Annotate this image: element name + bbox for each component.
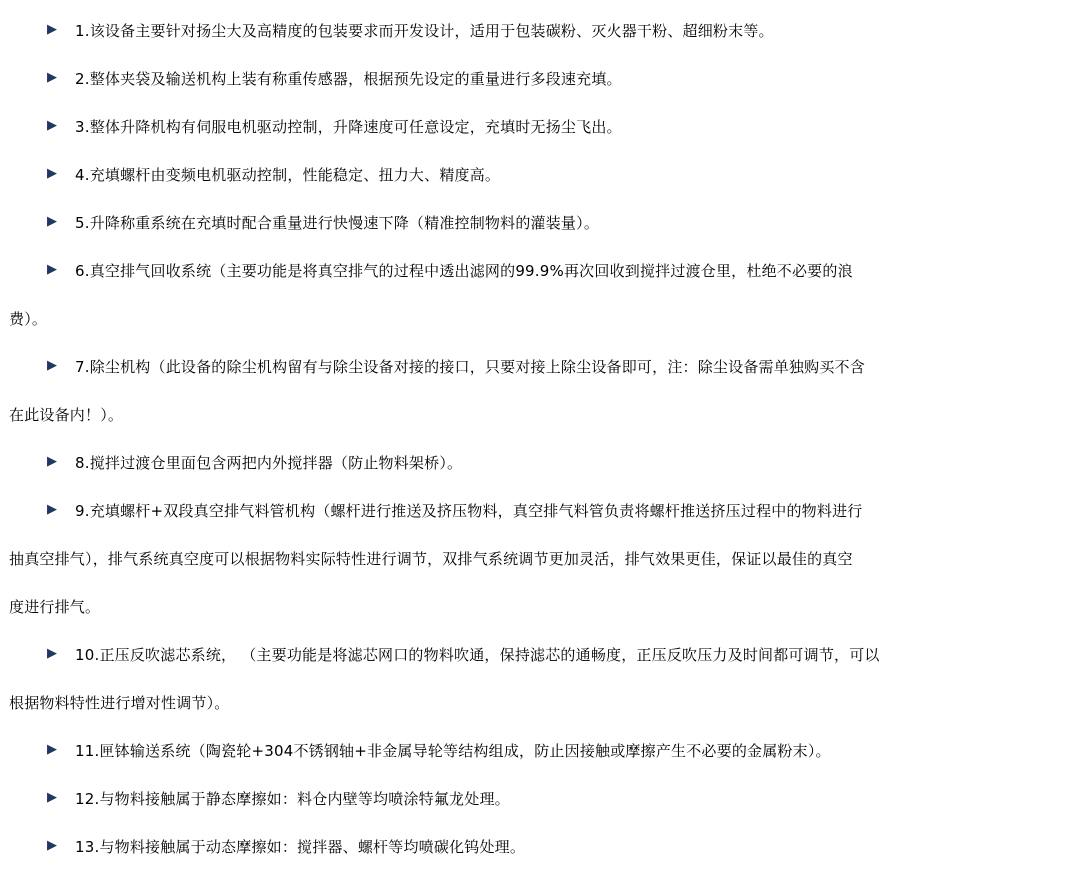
- bullet-triangle-icon: ▶: [47, 743, 75, 756]
- feature-list-document: ▶ 1.该设备主要针对扬尘大及高精度的包装要求而开发设计，适用于包装碳粉、灭火器…: [0, 0, 1079, 870]
- bullet-triangle-icon: ▶: [47, 23, 75, 36]
- list-item: ▶ 1.该设备主要针对扬尘大及高精度的包装要求而开发设计，适用于包装碳粉、灭火器…: [0, 6, 1079, 54]
- list-item-text: 3.整体升降机构有伺服电机驱动控制，升降速度可任意设定，充填时无扬尘飞出。: [75, 116, 622, 137]
- list-item: ▶ 12.与物料接触属于静态摩擦如：料仓内壁等均喷涂特氟龙处理。: [0, 774, 1079, 822]
- list-item-text: 13.与物料接触属于动态摩擦如：搅拌器、螺杆等均喷碳化钨处理。: [75, 836, 525, 857]
- list-item-line: ▶ 7.除尘机构（此设备的除尘机构留有与除尘设备对接的接口，只要对接上除尘设备即…: [0, 342, 1079, 390]
- list-item: ▶ 5.升降称重系统在充填时配合重量进行快慢速下降（精准控制物料的灌装量）。: [0, 198, 1079, 246]
- bullet-triangle-icon: ▶: [47, 119, 75, 132]
- list-item: ▶ 6.真空排气回收系统（主要功能是将真空排气的过程中透出滤网的99.9%再次回…: [0, 246, 1079, 342]
- list-item-line: ▶ 10.正压反吹滤芯系统， （主要功能是将滤芯网口的物料吹通，保持滤芯的通畅度…: [0, 630, 1079, 678]
- list-item-text: 根据物料特性进行增对性调节）。: [9, 692, 230, 713]
- list-item-line: ▶ 2.整体夹袋及输送机构上装有称重传感器，根据预先设定的重量进行多段速充填。: [0, 54, 1079, 102]
- bullet-triangle-icon: ▶: [47, 167, 75, 180]
- list-item-line: ▶ 4.充填螺杆由变频电机驱动控制，性能稳定、扭力大、精度高。: [0, 150, 1079, 198]
- list-item-line: ▶ 6.真空排气回收系统（主要功能是将真空排气的过程中透出滤网的99.9%再次回…: [0, 246, 1079, 294]
- bullet-triangle-icon: ▶: [47, 647, 75, 660]
- bullet-triangle-icon: ▶: [47, 839, 75, 852]
- list-item-line: ▶ 9.充填螺杆+双段真空排气料管机构（螺杆进行推送及挤压物料，真空排气料管负责…: [0, 486, 1079, 534]
- list-item: ▶ 2.整体夹袋及输送机构上装有称重传感器，根据预先设定的重量进行多段速充填。: [0, 54, 1079, 102]
- list-item-line: ▶ 3.整体升降机构有伺服电机驱动控制，升降速度可任意设定，充填时无扬尘飞出。: [0, 102, 1079, 150]
- bullet-triangle-icon: ▶: [47, 455, 75, 468]
- list-item-text: 度进行排气。: [9, 596, 100, 617]
- bullet-triangle-icon: ▶: [47, 359, 75, 372]
- list-item-line: ▶ 1.该设备主要针对扬尘大及高精度的包装要求而开发设计，适用于包装碳粉、灭火器…: [0, 6, 1079, 54]
- list-item-text: 9.充填螺杆+双段真空排气料管机构（螺杆进行推送及挤压物料，真空排气料管负责将螺…: [75, 500, 863, 521]
- list-item-line: ▶ 13.与物料接触属于动态摩擦如：搅拌器、螺杆等均喷碳化钨处理。: [0, 822, 1079, 870]
- list-item: ▶ 13.与物料接触属于动态摩擦如：搅拌器、螺杆等均喷碳化钨处理。: [0, 822, 1079, 870]
- list-item: ▶ 3.整体升降机构有伺服电机驱动控制，升降速度可任意设定，充填时无扬尘飞出。: [0, 102, 1079, 150]
- list-item: ▶ 11.匣钵输送系统（陶瓷轮+304不锈钢轴+非金属导轮等结构组成，防止因接触…: [0, 726, 1079, 774]
- list-item-line: 费）。: [0, 294, 1079, 342]
- bullet-triangle-icon: ▶: [47, 71, 75, 84]
- list-item: ▶ 7.除尘机构（此设备的除尘机构留有与除尘设备对接的接口，只要对接上除尘设备即…: [0, 342, 1079, 438]
- list-item-line: ▶ 5.升降称重系统在充填时配合重量进行快慢速下降（精准控制物料的灌装量）。: [0, 198, 1079, 246]
- bullet-triangle-icon: ▶: [47, 503, 75, 516]
- list-item-line: 根据物料特性进行增对性调节）。: [0, 678, 1079, 726]
- list-item-text: 在此设备内！）。: [9, 404, 123, 425]
- list-item-text: 1.该设备主要针对扬尘大及高精度的包装要求而开发设计，适用于包装碳粉、灭火器干粉…: [75, 20, 774, 41]
- list-item: ▶ 10.正压反吹滤芯系统， （主要功能是将滤芯网口的物料吹通，保持滤芯的通畅度…: [0, 630, 1079, 726]
- list-item: ▶ 4.充填螺杆由变频电机驱动控制，性能稳定、扭力大、精度高。: [0, 150, 1079, 198]
- list-item-text: 4.充填螺杆由变频电机驱动控制，性能稳定、扭力大、精度高。: [75, 164, 500, 185]
- list-item-line: 在此设备内！）。: [0, 390, 1079, 438]
- list-item-line: 抽真空排气），排气系统真空度可以根据物料实际特性进行调节，双排气系统调节更加灵活…: [0, 534, 1079, 582]
- list-item-line: ▶ 12.与物料接触属于静态摩擦如：料仓内壁等均喷涂特氟龙处理。: [0, 774, 1079, 822]
- list-item-text: 7.除尘机构（此设备的除尘机构留有与除尘设备对接的接口，只要对接上除尘设备即可，…: [75, 356, 865, 377]
- list-item-text: 费）。: [9, 308, 47, 329]
- list-item-line: ▶ 8.搅拌过渡仓里面包含两把内外搅拌器（防止物料架桥）。: [0, 438, 1079, 486]
- list-item-text: 11.匣钵输送系统（陶瓷轮+304不锈钢轴+非金属导轮等结构组成，防止因接触或摩…: [75, 740, 831, 761]
- bullet-triangle-icon: ▶: [47, 215, 75, 228]
- bullet-triangle-icon: ▶: [47, 263, 75, 276]
- list-item-text: 6.真空排气回收系统（主要功能是将真空排气的过程中透出滤网的99.9%再次回收到…: [75, 260, 853, 281]
- bullet-triangle-icon: ▶: [47, 791, 75, 804]
- list-item: ▶ 9.充填螺杆+双段真空排气料管机构（螺杆进行推送及挤压物料，真空排气料管负责…: [0, 486, 1079, 630]
- list-item-text: 8.搅拌过渡仓里面包含两把内外搅拌器（防止物料架桥）。: [75, 452, 462, 473]
- list-item-text: 5.升降称重系统在充填时配合重量进行快慢速下降（精准控制物料的灌装量）。: [75, 212, 599, 233]
- list-item-text: 2.整体夹袋及输送机构上装有称重传感器，根据预先设定的重量进行多段速充填。: [75, 68, 622, 89]
- list-item: ▶ 8.搅拌过渡仓里面包含两把内外搅拌器（防止物料架桥）。: [0, 438, 1079, 486]
- list-item-line: ▶ 11.匣钵输送系统（陶瓷轮+304不锈钢轴+非金属导轮等结构组成，防止因接触…: [0, 726, 1079, 774]
- list-item-line: 度进行排气。: [0, 582, 1079, 630]
- list-item-text: 抽真空排气），排气系统真空度可以根据物料实际特性进行调节，双排气系统调节更加灵活…: [9, 548, 853, 569]
- list-item-text: 10.正压反吹滤芯系统， （主要功能是将滤芯网口的物料吹通，保持滤芯的通畅度，正…: [75, 644, 880, 665]
- list-item-text: 12.与物料接触属于静态摩擦如：料仓内壁等均喷涂特氟龙处理。: [75, 788, 510, 809]
